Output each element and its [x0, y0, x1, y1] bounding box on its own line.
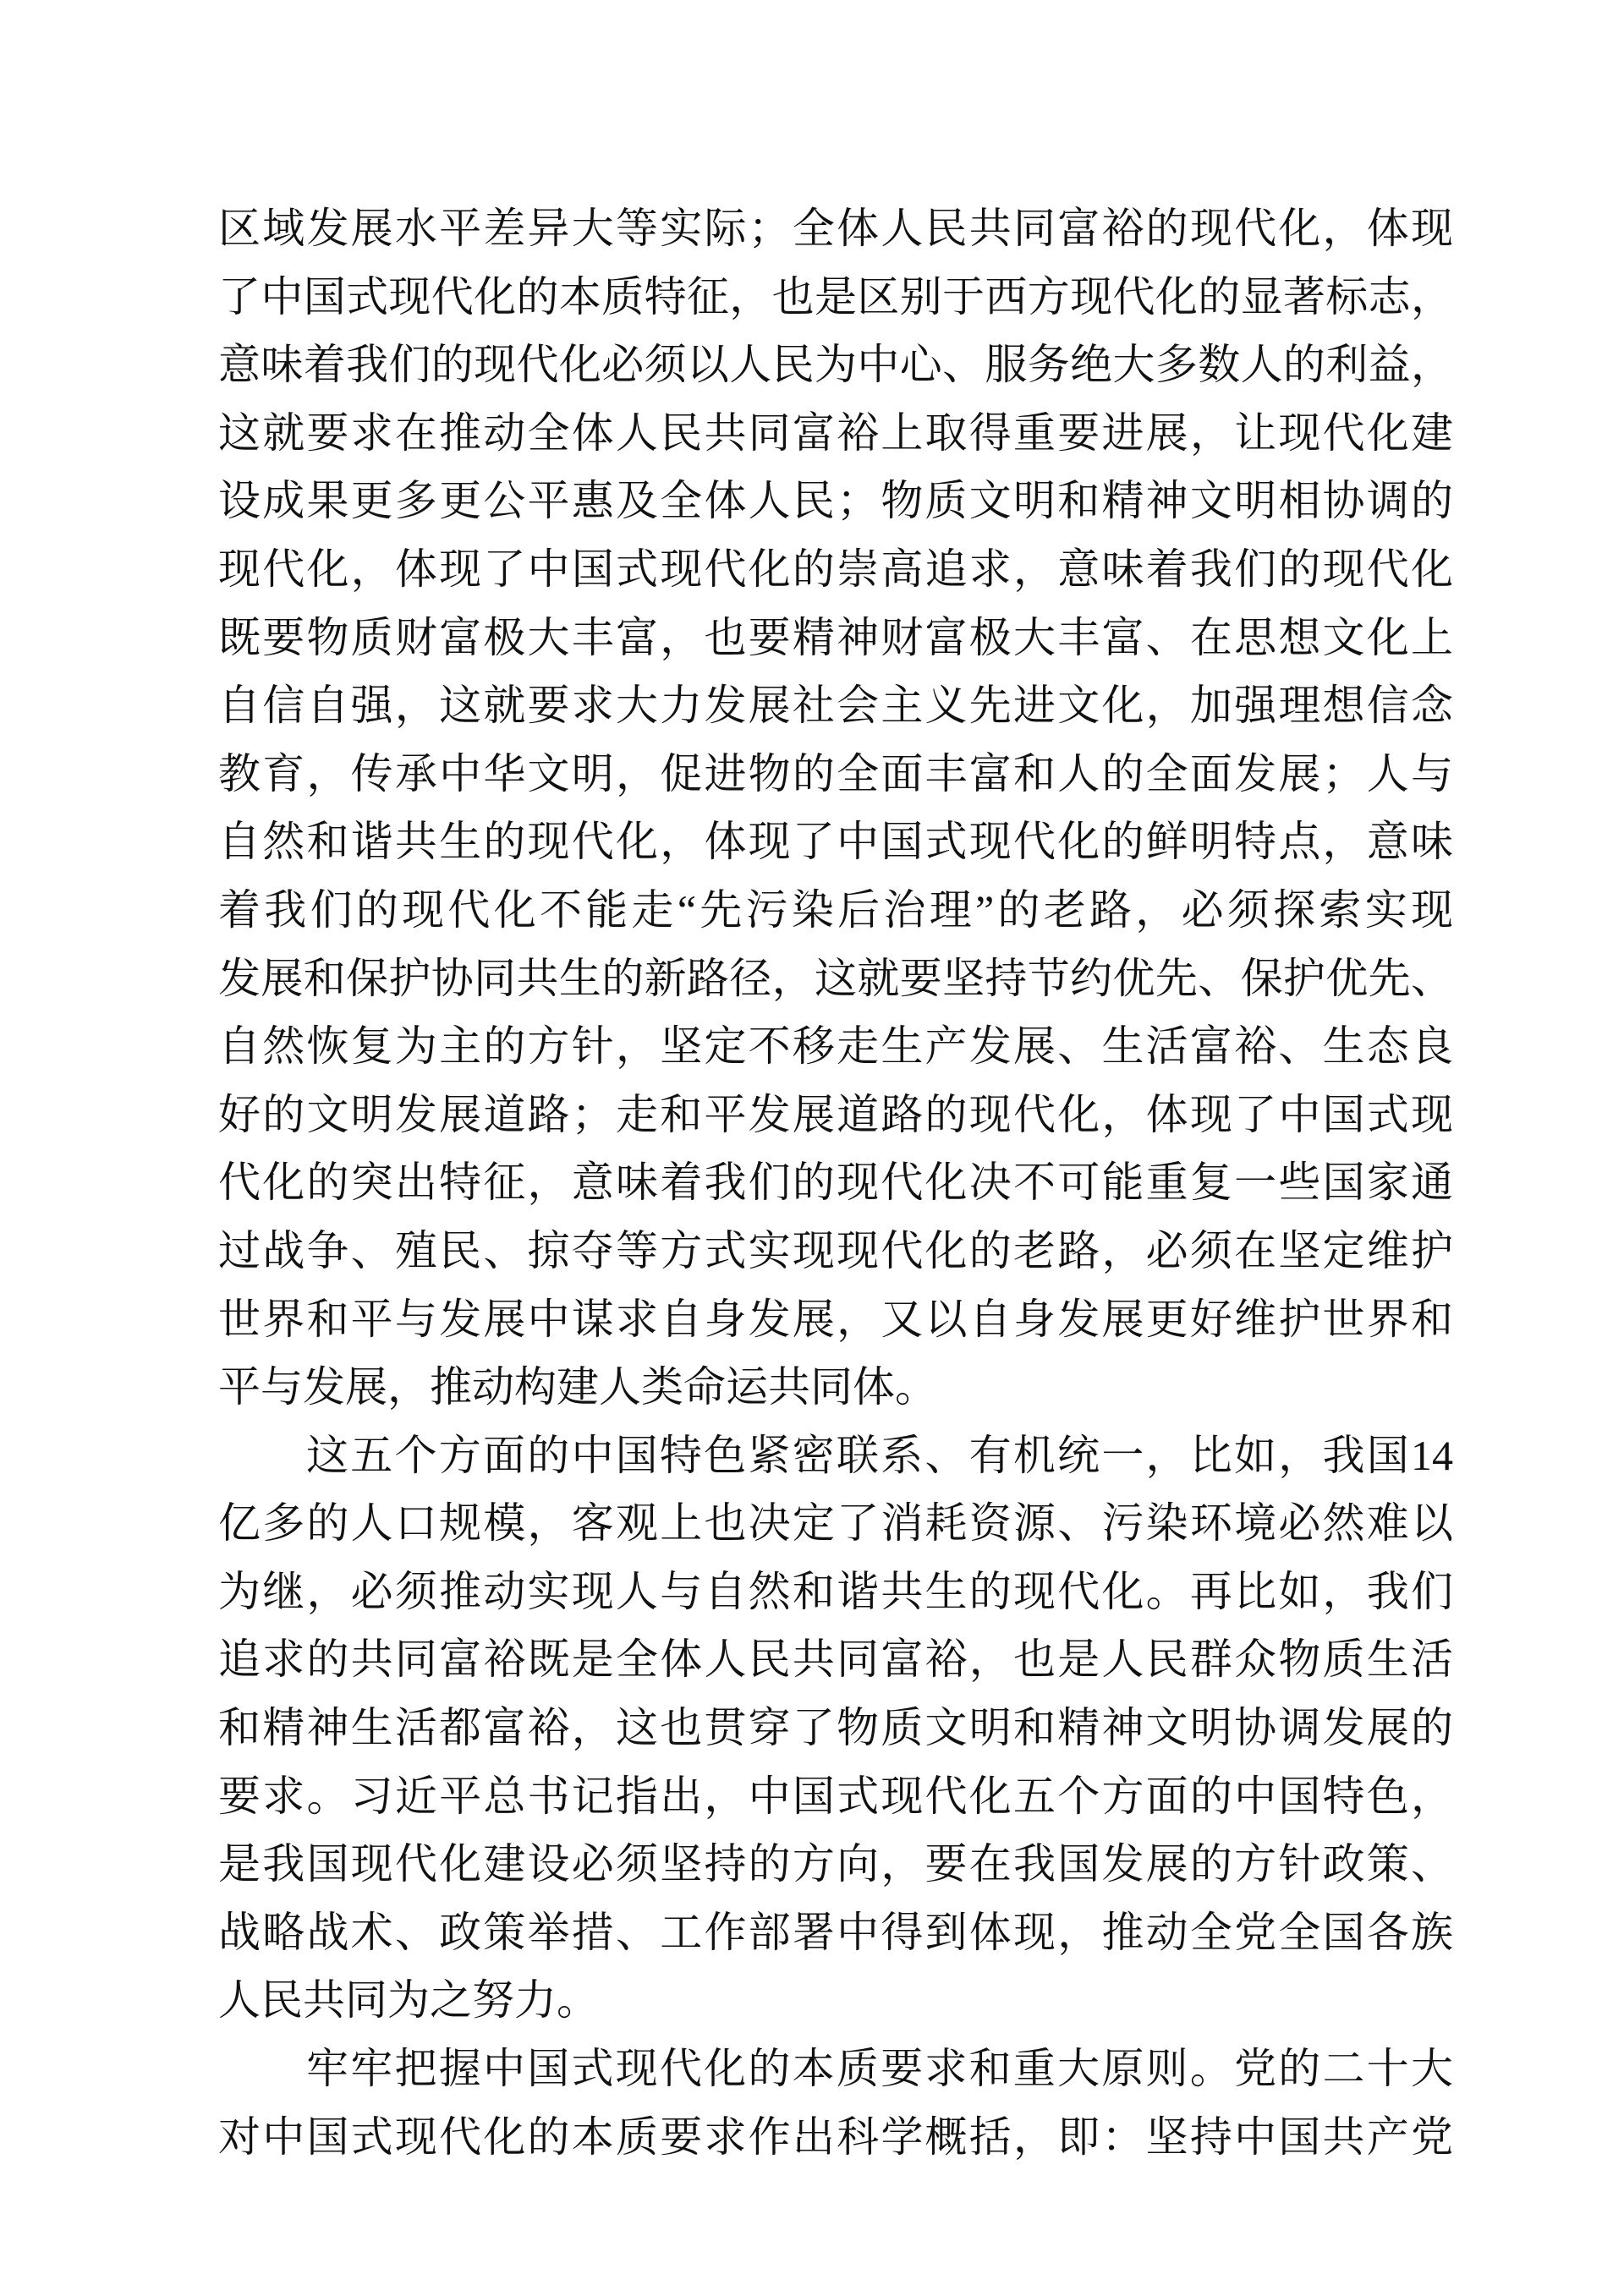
text-line: 了中国式现代化的本质特征，也是区别于西方现代化的显著标志， [218, 263, 1453, 332]
text-line: 要求。习近平总书记指出，中国式现代化五个方面的中国特色， [218, 1762, 1453, 1831]
paragraph: 牢牢把握中国式现代化的本质要求和重大原则。党的二十大对中国式现代化的本质要求作出… [218, 2035, 1453, 2171]
text-line: 这五个方面的中国特色紧密联系、有机统一，比如，我国14 [218, 1422, 1453, 1490]
text-line: 战略战术、政策举措、工作部署中得到体现，推动全党全国各族 [218, 1899, 1453, 1967]
text-line: 为继，必须推动实现人与自然和谐共生的现代化。再比如，我们 [218, 1558, 1453, 1626]
text-line: 人民共同为之努力。 [218, 1966, 1453, 2035]
text-line: 世界和平与发展中谋求自身发展，又以自身发展更好维护世界和 [218, 1285, 1453, 1354]
text-line: 牢牢把握中国式现代化的本质要求和重大原则。党的二十大 [218, 2035, 1453, 2103]
paragraph: 区域发展水平差异大等实际；全体人民共同富裕的现代化，体现了中国式现代化的本质特征… [218, 195, 1453, 1422]
text-line: 平与发展，推动构建人类命运共同体。 [218, 1353, 1453, 1422]
text-block: 区域发展水平差异大等实际；全体人民共同富裕的现代化，体现了中国式现代化的本质特征… [218, 195, 1453, 2171]
text-line: 发展和保护协同共生的新路径，这就要坚持节约优先、保护优先、 [218, 945, 1453, 1013]
text-line: 是我国现代化建设必须坚持的方向，要在我国发展的方针政策、 [218, 1830, 1453, 1899]
text-line: 追求的共同富裕既是全体人民共同富裕，也是人民群众物质生活 [218, 1625, 1453, 1694]
document-page: 区域发展水平差异大等实际；全体人民共同富裕的现代化，体现了中国式现代化的本质特征… [0, 0, 1624, 2296]
text-line: 对中国式现代化的本质要求作出科学概括，即：坚持中国共产党 [218, 2103, 1453, 2172]
text-line: 这就要求在推动全体人民共同富裕上取得重要进展，让现代化建 [218, 399, 1453, 468]
text-line: 教育，传承中华文明，促进物的全面丰富和人的全面发展；人与 [218, 740, 1453, 808]
text-line: 自然恢复为主的方针，坚定不移走生产发展、生活富裕、生态良 [218, 1012, 1453, 1081]
text-line: 区域发展水平差异大等实际；全体人民共同富裕的现代化，体现 [218, 195, 1453, 263]
text-line: 好的文明发展道路；走和平发展道路的现代化，体现了中国式现 [218, 1081, 1453, 1149]
text-line: 设成果更多更公平惠及全体人民；物质文明和精神文明相协调的 [218, 467, 1453, 535]
text-line: 意味着我们的现代化必须以人民为中心、服务绝大多数人的利益， [218, 331, 1453, 399]
text-line: 自然和谐共生的现代化，体现了中国式现代化的鲜明特点，意味 [218, 808, 1453, 876]
text-line: 着我们的现代化不能走“先污染后治理”的老路，必须探索实现 [218, 876, 1453, 945]
text-line: 既要物质财富极大丰富，也要精神财富极大丰富、在思想文化上 [218, 604, 1453, 672]
text-line: 自信自强，这就要求大力发展社会主义先进文化，加强理想信念 [218, 671, 1453, 740]
text-line: 亿多的人口规模，客观上也决定了消耗资源、污染环境必然难以 [218, 1489, 1453, 1558]
paragraph: 这五个方面的中国特色紧密联系、有机统一，比如，我国14亿多的人口规模，客观上也决… [218, 1422, 1453, 2035]
text-line: 现代化，体现了中国式现代化的崇高追求，意味着我们的现代化 [218, 535, 1453, 604]
text-line: 和精神生活都富裕，这也贯穿了物质文明和精神文明协调发展的 [218, 1694, 1453, 1762]
text-line: 过战争、殖民、掠夺等方式实现现代化的老路，必须在坚定维护 [218, 1217, 1453, 1285]
text-line: 代化的突出特征，意味着我们的现代化决不可能重复一些国家通 [218, 1148, 1453, 1217]
